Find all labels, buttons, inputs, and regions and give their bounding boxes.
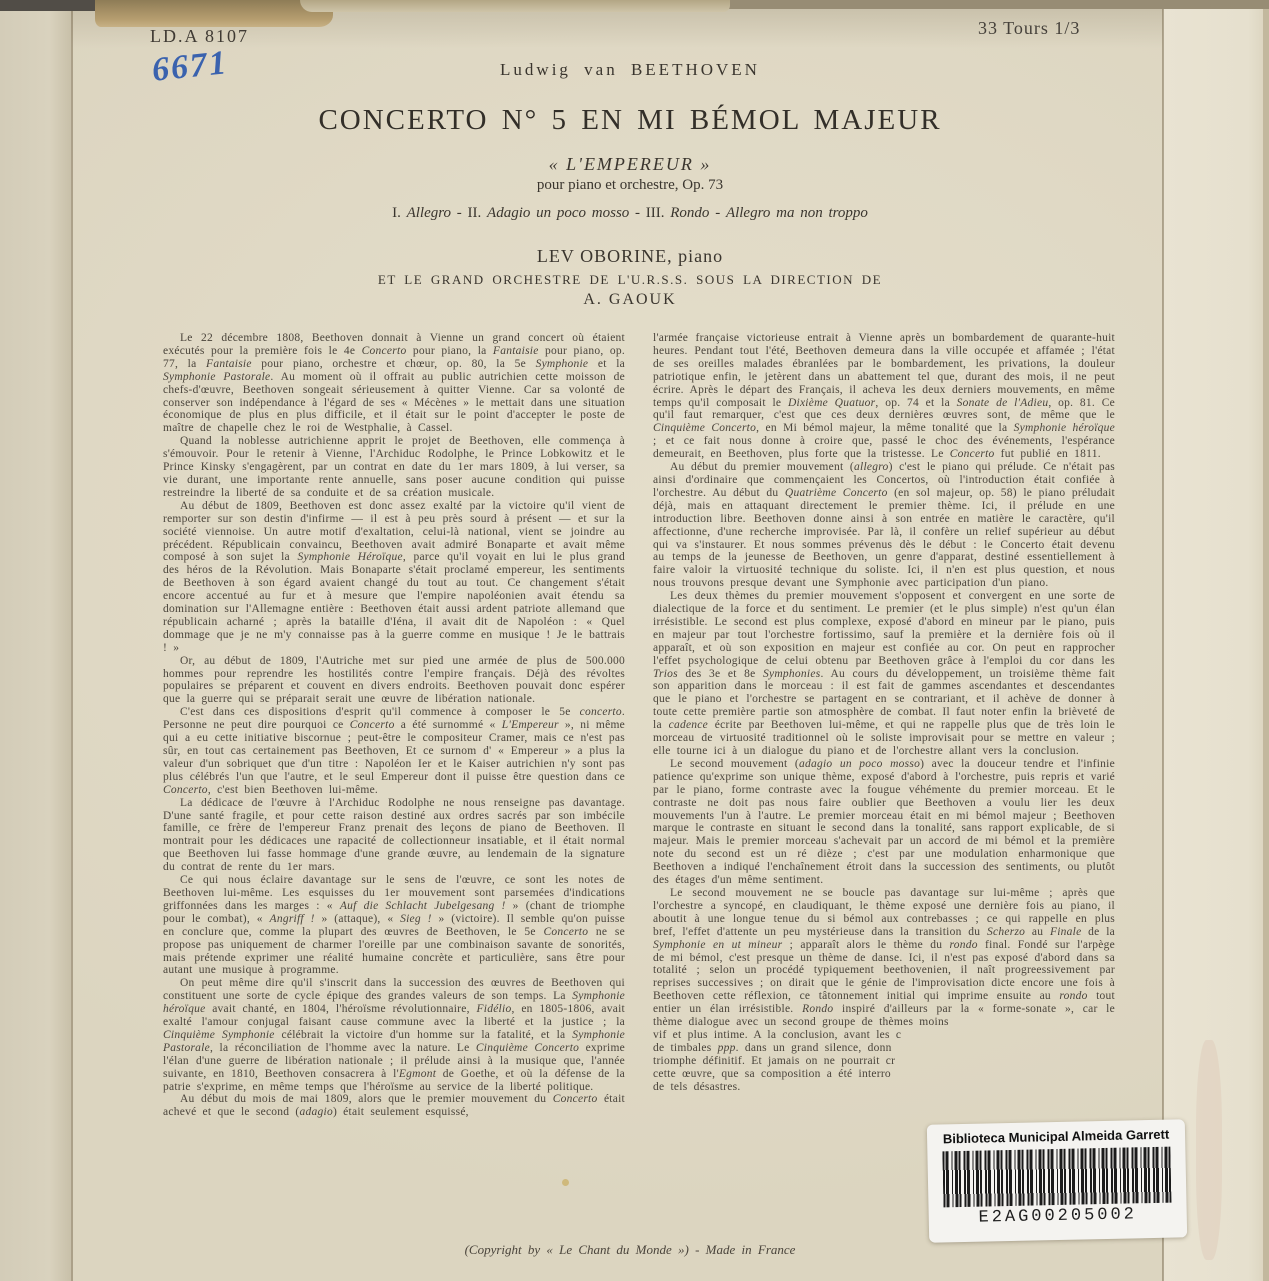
liner-notes-paragraph: C'est dans ces dispositions d'esprit qu'… <box>163 706 625 796</box>
liner-notes-paragraph: Quand la noblesse autrichienne apprit le… <box>163 435 625 500</box>
library-name: Biblioteca Municipal Almeida Garrett <box>943 1127 1170 1147</box>
liner-notes-paragraph: Au début du premier mouvement (allegro) … <box>653 461 1115 590</box>
paper-discoloration <box>1196 1040 1222 1260</box>
liner-notes-left-column: Le 22 décembre 1808, Beethoven donnait à… <box>163 332 625 1119</box>
liner-notes: Le 22 décembre 1808, Beethoven donnait à… <box>163 332 1115 1119</box>
sleeve-left-fold-panel <box>0 8 71 1281</box>
liner-notes-paragraph: Les deux thèmes du premier mouvement s'o… <box>653 590 1115 758</box>
barcode-number: E2AG00205002 <box>978 1205 1137 1227</box>
work-details: pour piano et orchestre, Op. 73 <box>150 177 1110 194</box>
composer-name: Ludwig van BEETHOVEN <box>150 60 1110 80</box>
liner-notes-paragraph: Le second mouvement ne se boucle pas dav… <box>653 887 1115 1029</box>
barcode <box>942 1147 1171 1208</box>
liner-notes-paragraph: vif et plus intime. A la conclusion, ava… <box>653 1029 1115 1094</box>
record-speed-label: 33 Tours 1/3 <box>978 18 1080 39</box>
fold-line-left <box>71 0 73 1281</box>
liner-notes-paragraph: Au début de 1809, Beethoven est donc ass… <box>163 500 625 655</box>
paper-stain <box>562 1179 569 1186</box>
soloist-credit: LEV OBORINE, piano <box>150 246 1110 267</box>
library-sticker: Biblioteca Municipal Almeida Garrett E2A… <box>927 1119 1187 1242</box>
sleeve-right-edge <box>1263 0 1269 1281</box>
worn-top-edge <box>300 0 730 12</box>
orchestra-credit: ET LE GRAND ORCHESTRE DE L'U.R.S.S. SOUS… <box>150 272 1110 288</box>
liner-notes-paragraph: Le second mouvement (adagio un poco moss… <box>653 758 1115 887</box>
liner-notes-paragraph: Au début du mois de mai 1809, alors que … <box>163 1093 625 1119</box>
liner-notes-right-column: l'armée française victorieuse entrait à … <box>653 332 1115 1119</box>
top-left-corner-shadow <box>0 0 95 11</box>
liner-notes-paragraph: Ce qui nous éclaire davantage sur le sen… <box>163 874 625 977</box>
liner-notes-paragraph: On peut même dire qu'il s'inscrit dans l… <box>163 977 625 1093</box>
liner-notes-paragraph: Le 22 décembre 1808, Beethoven donnait à… <box>163 332 625 435</box>
movements-list: I. Allegro - II. Adagio un poco mosso - … <box>150 205 1110 222</box>
album-title: CONCERTO N° 5 EN MI BÉMOL MAJEUR <box>150 104 1110 137</box>
album-subtitle: « L'EMPEREUR » <box>150 154 1110 175</box>
conductor-name: A. GAOUK <box>150 291 1110 309</box>
fold-line-right <box>1162 0 1164 1281</box>
tape-residue <box>95 0 333 27</box>
copyright-line: (Copyright by « Le Chant du Monde ») - M… <box>150 1242 1110 1258</box>
liner-notes-paragraph: Or, au début de 1809, l'Autriche met sur… <box>163 655 625 707</box>
catalog-number: LD.A 8107 <box>150 26 249 47</box>
liner-notes-paragraph: La dédicace de l'œuvre à l'Archiduc Rodo… <box>163 797 625 874</box>
liner-notes-paragraph: l'armée française victorieuse entrait à … <box>653 332 1115 461</box>
